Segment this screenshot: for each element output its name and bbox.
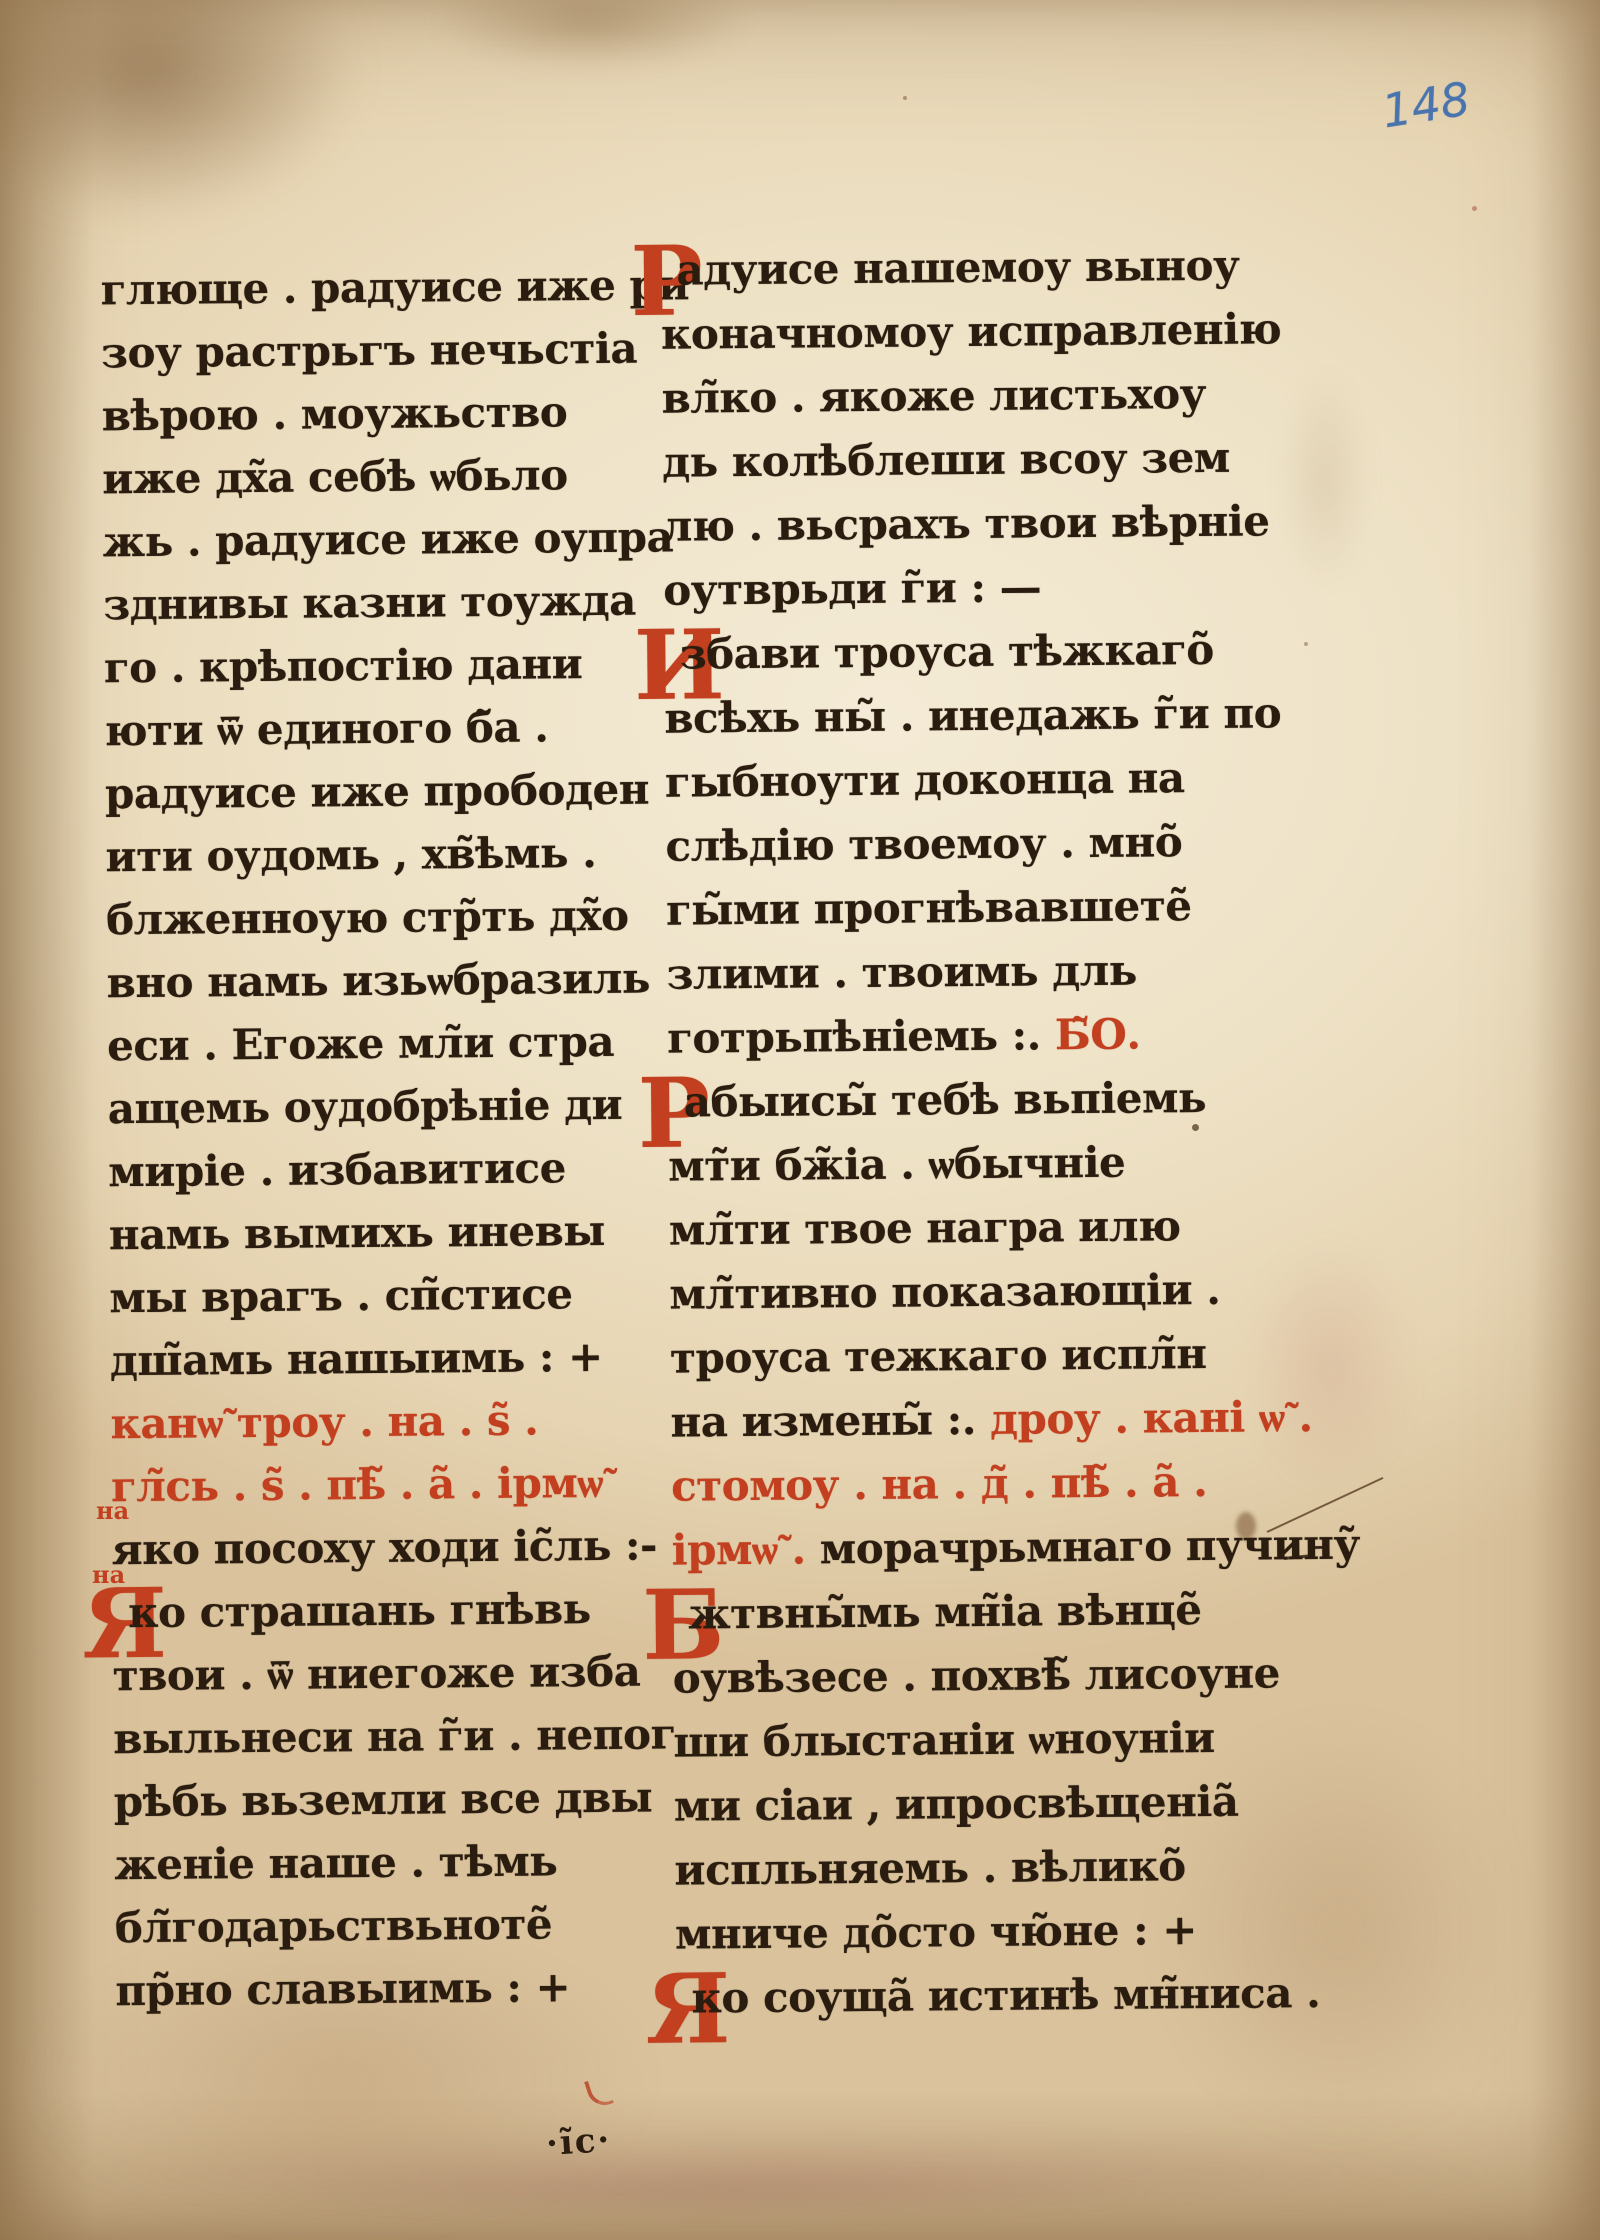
body-text: мл̃тивно показающіи . bbox=[669, 1265, 1220, 1319]
manuscript-line: жь . радуисе иже оупра bbox=[103, 506, 629, 574]
body-text: рѣбь вьземли все двы bbox=[114, 1773, 653, 1827]
right-column: Радуисе нашемоу выноуконачномоу исправле… bbox=[660, 233, 1291, 2030]
manuscript-line: стомоу . на . д̃ . пѣ̃ . а̃ . bbox=[671, 1449, 1287, 1518]
body-text: твои . ѿ ниегоже изба bbox=[112, 1647, 640, 1701]
manuscript-line: дь колѣблеши всоу зем bbox=[662, 425, 1278, 494]
manuscript-line: ми сіаи , ипросвѣщеніа̃ bbox=[674, 1769, 1290, 1838]
left-edge-shading bbox=[0, 0, 95, 2240]
speck bbox=[1304, 642, 1308, 646]
body-text: ащемь оудобрѣніе ди bbox=[108, 1080, 623, 1133]
red-initial: Р bbox=[637, 1071, 676, 1134]
body-text: злими . твоимь дль bbox=[666, 946, 1137, 999]
manuscript-line: коначномоу исправленію bbox=[661, 297, 1277, 366]
body-text: испльняемь . вѣлико̃ bbox=[674, 1841, 1186, 1894]
body-text: глюще . радуисе иже ри bbox=[100, 260, 689, 314]
manuscript-line: ити оудомь , хв̃ѣмь . bbox=[105, 821, 631, 889]
manuscript-line: юти ѿ единого б̃а . bbox=[104, 695, 630, 763]
body-text: ши блыстаніи ѡноуніи bbox=[673, 1713, 1215, 1767]
manuscript-line: иже дх̃а себѣ ѡбьло bbox=[102, 443, 628, 511]
manuscript-line: Яко страшань гнѣвь bbox=[112, 1577, 638, 1645]
body-text: выльнеси на г̃и . непог bbox=[113, 1709, 676, 1763]
body-text: юти ѿ единого б̃а . bbox=[104, 702, 548, 755]
rubric-text: Б̃О. bbox=[1055, 1010, 1141, 1060]
body-text: яко посоху ходи іс̃ль :- bbox=[111, 1521, 657, 1575]
manuscript-line: ащемь оудобрѣніе ди bbox=[107, 1073, 633, 1141]
red-initial: Я bbox=[82, 1581, 121, 1644]
manuscript-line: вѣрою . моужьство bbox=[101, 380, 627, 448]
manuscript-line: мт̃и бж̃іа . ѡбычніе bbox=[668, 1129, 1284, 1198]
body-text: вѣрою . моужьство bbox=[101, 387, 567, 440]
body-text: блженноую стр̃ть дх̃о bbox=[106, 891, 629, 945]
manuscript-line: гыбноути доконца на bbox=[665, 745, 1281, 814]
manuscript-line: яко посоху ходи іс̃ль :- bbox=[111, 1514, 637, 1582]
body-text: жь . радуисе иже оупра bbox=[103, 512, 674, 566]
body-text: зоу растрьгъ нечьстіа bbox=[101, 324, 637, 378]
manuscript-line: мл̃ти твое награ илю bbox=[669, 1193, 1285, 1262]
manuscript-line: канѡ̃ троу . на . ѕ̃ . bbox=[110, 1388, 636, 1456]
body-text: на измены̃ :. bbox=[670, 1395, 990, 1447]
manuscript-line: Избави троуса тѣжкаго̃ bbox=[664, 617, 1280, 686]
right-upper-stain bbox=[1280, 370, 1370, 590]
manuscript-line: Яко соуща̃ истинѣ мн̃ниса . bbox=[675, 1961, 1291, 2030]
manuscript-line: зоу растрьгъ нечьстіа bbox=[101, 317, 627, 385]
manuscript-line: блженноую стр̃ть дх̃о bbox=[106, 884, 632, 952]
body-text: морачрьмнаго пучину̃ bbox=[820, 1520, 1361, 1574]
manuscript-line: рѣбь вьземли все двы bbox=[114, 1766, 640, 1834]
body-text: мниче до̃сто чю̃не : + bbox=[675, 1905, 1197, 1959]
manuscript-line: испльняемь . вѣлико̃ bbox=[674, 1833, 1290, 1902]
manuscript-line: ірмѡ̃ . морачрьмнаго пучину̃ bbox=[671, 1513, 1287, 1582]
manuscript-line: женіе наше . тѣмь bbox=[114, 1829, 640, 1897]
body-text: адуисе нашемоу выноу bbox=[676, 241, 1239, 295]
body-text: бл̃годарьствьноте̃ bbox=[115, 1899, 553, 1952]
body-text: вл̃ко . якоже листьхоу bbox=[661, 369, 1206, 423]
manuscript-line: гы̃ми прогнѣвавшете̃ bbox=[666, 873, 1282, 942]
manuscript-line: готрьпѣніемь :. Б̃О. bbox=[667, 1001, 1283, 1070]
body-text: коначномоу исправленію bbox=[661, 304, 1282, 358]
showthrough-band bbox=[60, 2130, 1500, 2215]
body-text: ити оудомь , хв̃ѣмь . bbox=[105, 828, 596, 881]
quire-signature: ·і̃с· bbox=[545, 2120, 613, 2164]
manuscript-line: мы врагъ . сп̃стисе bbox=[109, 1262, 635, 1330]
right-edge-shading bbox=[1530, 0, 1600, 2240]
body-text: дш̃амь нашыимь : + bbox=[110, 1332, 603, 1385]
body-text: вно намь изьѡбразиль bbox=[106, 954, 650, 1008]
rubric-text: стомоу . на . д̃ . пѣ̃ . а̃ . bbox=[671, 1457, 1208, 1511]
body-text: женіе наше . тѣмь bbox=[114, 1836, 557, 1889]
manuscript-line: ши блыстаніи ѡноуніи bbox=[673, 1705, 1289, 1774]
body-text: збави троуса тѣжкаго̃ bbox=[680, 625, 1214, 679]
rubric-text: канѡ̃ троу . на . ѕ̃ . bbox=[110, 1396, 538, 1449]
body-text: лю . вьсрахъ твои вѣрніе bbox=[662, 496, 1269, 550]
body-text: троуса тежкаго испл̃н bbox=[670, 1329, 1207, 1383]
manuscript-line: мниче до̃сто чю̃не : + bbox=[675, 1897, 1291, 1966]
manuscript-line: Радуисе нашемоу выноу bbox=[660, 233, 1276, 302]
body-text: ми сіаи , ипросвѣщеніа̃ bbox=[674, 1777, 1239, 1831]
body-text: ко страшань гнѣвь bbox=[128, 1584, 591, 1637]
body-text: намь вымихь иневы bbox=[109, 1206, 605, 1259]
manuscript-line: вно намь изьѡбразиль bbox=[106, 947, 632, 1015]
body-text: абыисы̃ тебѣ вьпіемь bbox=[684, 1073, 1207, 1127]
body-text: еси . Егоже мл̃и стра bbox=[107, 1017, 614, 1070]
showthrough-band-2 bbox=[260, 2165, 1160, 2220]
manuscript-line: Рабыисы̃ тебѣ вьпіемь bbox=[667, 1065, 1283, 1134]
body-text: гыбноути доконца на bbox=[665, 753, 1185, 807]
speck bbox=[903, 96, 907, 100]
body-text: всѣхь ны̃ . инедажь г̃и по bbox=[664, 688, 1281, 742]
speck bbox=[1472, 206, 1477, 211]
body-text: миріе . избавитисе bbox=[108, 1143, 566, 1196]
manuscript-line: злими . твоимь дль bbox=[666, 937, 1282, 1006]
top-edge-stain bbox=[430, 0, 750, 70]
manuscript-line: дш̃амь нашыимь : + bbox=[110, 1325, 636, 1393]
red-initial: Я bbox=[645, 1967, 684, 2030]
manuscript-line: миріе . избавитисе bbox=[108, 1136, 634, 1204]
red-pen-flourish bbox=[584, 2075, 614, 2109]
body-text: дь колѣблеши всоу зем bbox=[662, 433, 1230, 487]
manuscript-line: лю . вьсрахъ твои вѣрніе bbox=[662, 489, 1278, 558]
body-text: слѣдію твоемоу . мно̃ bbox=[665, 817, 1182, 871]
body-text: иже дх̃а себѣ ѡбьло bbox=[102, 450, 568, 503]
manuscript-line: мл̃тивно показающіи . bbox=[669, 1257, 1285, 1326]
body-text: зднивы казни тоужда bbox=[103, 576, 636, 630]
manuscript-line: зднивы казни тоужда bbox=[103, 569, 629, 637]
manuscript-line: оувѣзесе . похвѣ̃ лисоуне bbox=[672, 1641, 1288, 1710]
manuscript-line: радуисе иже прободен bbox=[105, 758, 631, 826]
manuscript-line: на измены̃ :. дроу . кані ѡ̃ . bbox=[670, 1385, 1286, 1454]
manuscript-line: глюще . радуисе иже ри bbox=[100, 254, 626, 322]
body-text: оутврьди г̃и : — bbox=[663, 562, 1041, 614]
body-text: радуисе иже прободен bbox=[105, 765, 649, 819]
manuscript-line: выльнеси на г̃и . непог bbox=[113, 1703, 639, 1771]
body-text: мт̃и бж̃іа . ѡбычніе bbox=[668, 1138, 1125, 1191]
body-text: гы̃ми прогнѣвавшете̃ bbox=[666, 881, 1192, 935]
bottom-edge-shading bbox=[0, 2090, 1600, 2240]
body-text: ко соуща̃ истинѣ мн̃ниса . bbox=[691, 1968, 1320, 2022]
corner-stain bbox=[0, 0, 360, 220]
manuscript-line: троуса тежкаго испл̃н bbox=[670, 1321, 1286, 1390]
manuscript-line: еси . Егоже мл̃и стра bbox=[107, 1010, 633, 1078]
manuscript-line: слѣдію твоемоу . мно̃ bbox=[665, 809, 1281, 878]
manuscript-line: всѣхь ны̃ . инедажь г̃и по bbox=[664, 681, 1280, 750]
manuscript-line: твои . ѿ ниегоже изба bbox=[112, 1640, 638, 1708]
red-initial: И bbox=[634, 623, 673, 686]
rubric-text: гл̃сь . ѕ̃ . пѣ̃ . а̃ . ірмѡ̃ bbox=[111, 1458, 603, 1511]
folio-number: 148 bbox=[1378, 71, 1473, 138]
manuscript-line: намь вымихь иневы bbox=[109, 1199, 635, 1267]
red-initial: Б bbox=[642, 1583, 681, 1646]
manuscript-line: го . крѣпостію дани bbox=[104, 632, 630, 700]
body-text: пр̃но славыимь : + bbox=[115, 1962, 570, 2015]
body-text: готрьпѣніемь :. bbox=[667, 1010, 1055, 1062]
manuscript-page: 148 на на глюще . радуисе иже ризоу раст… bbox=[0, 0, 1600, 2240]
rubric-text: дроу . кані ѡ̃ . bbox=[990, 1392, 1313, 1444]
manuscript-line: бл̃годарьствьноте̃ bbox=[115, 1892, 641, 1960]
body-text: оувѣзесе . похвѣ̃ лисоуне bbox=[673, 1648, 1281, 1702]
body-text: го . крѣпостію дани bbox=[104, 639, 583, 692]
body-text: мл̃ти твое награ илю bbox=[669, 1201, 1181, 1254]
manuscript-line: оутврьди г̃и : — bbox=[663, 553, 1279, 622]
manuscript-line: Бжтвны̃мь мн̃іа вѣнце̃ bbox=[672, 1577, 1288, 1646]
body-text: мы врагъ . сп̃стисе bbox=[109, 1269, 573, 1322]
manuscript-line: вл̃ко . якоже листьхоу bbox=[661, 361, 1277, 430]
rubric-text: ірмѡ̃ . bbox=[671, 1524, 820, 1574]
left-column: глюще . радуисе иже ризоу растрьгъ нечьс… bbox=[100, 254, 640, 2023]
manuscript-line: гл̃сь . ѕ̃ . пѣ̃ . а̃ . ірмѡ̃ bbox=[111, 1451, 637, 1519]
red-initial: Р bbox=[630, 239, 669, 302]
manuscript-line: пр̃но славыимь : + bbox=[115, 1955, 641, 2023]
body-text: жтвны̃мь мн̃іа вѣнце̃ bbox=[688, 1585, 1202, 1638]
